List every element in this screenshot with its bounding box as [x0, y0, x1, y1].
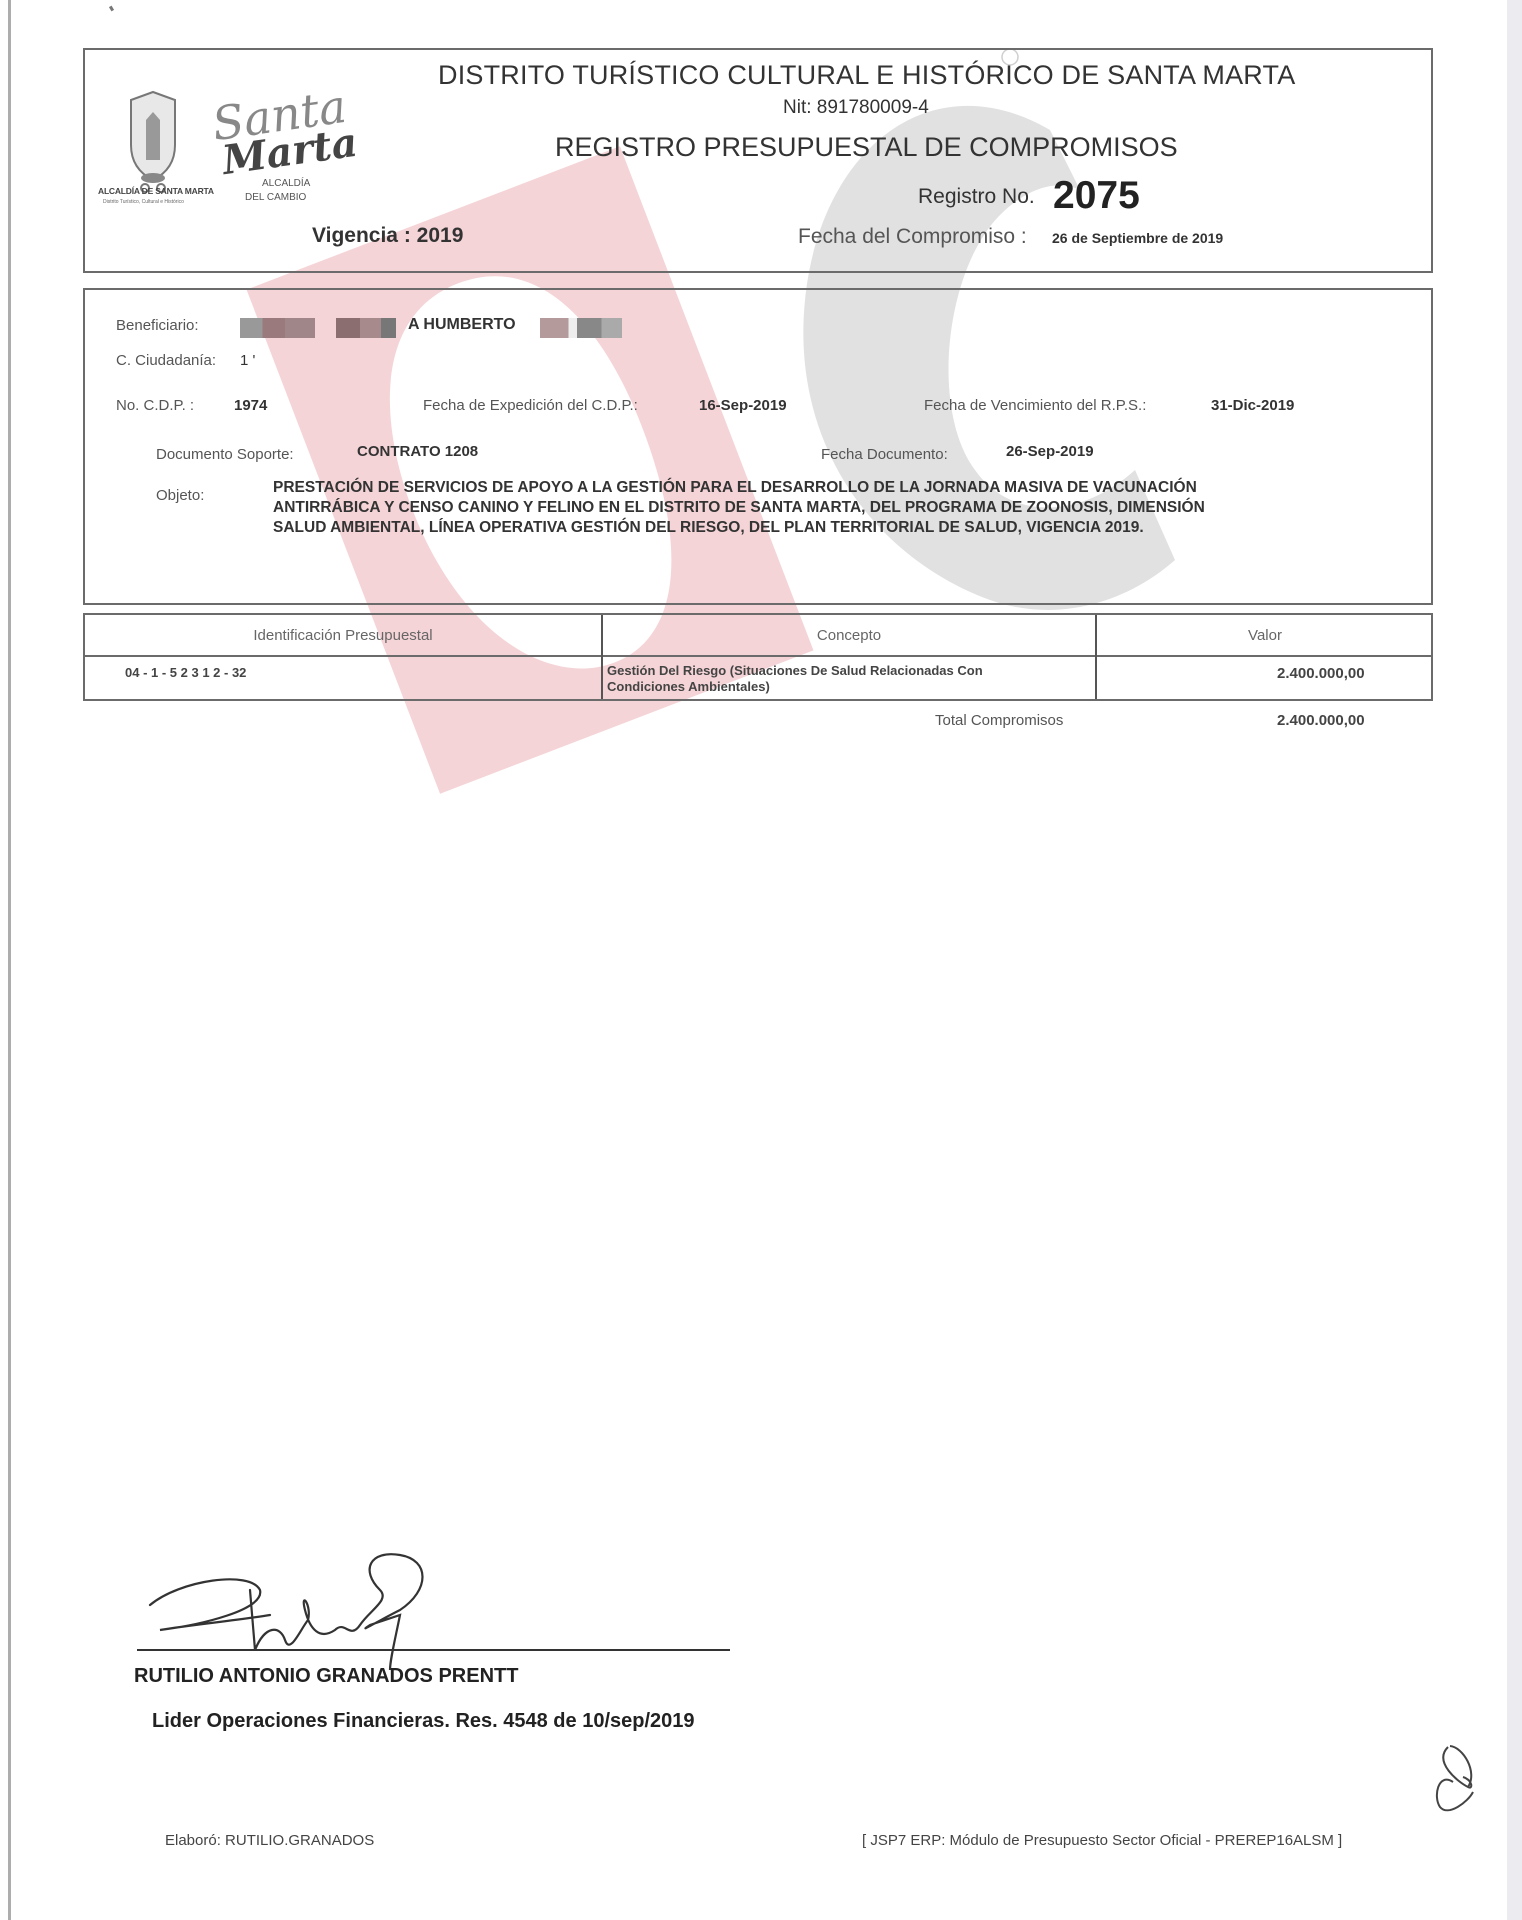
concepto-line: Condiciones Ambientales) — [607, 679, 983, 695]
fecha-compromiso-label: Fecha del Compromiso : — [798, 225, 1027, 249]
document-title: REGISTRO PRESUPUESTAL DE COMPROMISOS — [555, 132, 1178, 163]
row-concepto: Gestión Del Riesgo (Situaciones De Salud… — [607, 663, 983, 695]
brand-alcaldia: ALCALDÍA — [262, 178, 310, 189]
entity-nit: Nit: 891780009-4 — [783, 97, 929, 119]
header-concepto: Concepto — [603, 627, 1095, 644]
objeto-line: SALUD AMBIENTAL, LÍNEA OPERATIVA GESTIÓN… — [273, 518, 1383, 538]
fecha-expedicion-value: 16-Sep-2019 — [699, 397, 787, 414]
row-identificacion: 04 - 1 - 5 2 3 1 2 - 32 — [125, 665, 246, 680]
concepto-line: Gestión Del Riesgo (Situaciones De Salud… — [607, 663, 983, 679]
total-value: 2.400.000,00 — [1277, 712, 1365, 729]
budget-table: Identificación Presupuestal Concepto Val… — [83, 613, 1433, 701]
signer-name: RUTILIO ANTONIO GRANADOS PRENTT — [134, 1665, 518, 1688]
vigencia: Vigencia : 2019 — [312, 224, 463, 248]
initials-icon — [1428, 1742, 1488, 1822]
coat-caption: ALCALDÍA DE SANTA MARTA — [98, 186, 214, 196]
fecha-documento-value: 26-Sep-2019 — [1006, 443, 1094, 460]
header-valor: Valor — [1097, 627, 1433, 644]
header-identificacion: Identificación Presupuestal — [85, 627, 601, 644]
registro-label: Registro No. — [918, 185, 1035, 209]
documento-soporte-value: CONTRATO 1208 — [357, 443, 478, 460]
redaction-block — [336, 318, 396, 338]
redaction-block — [540, 318, 622, 338]
cedula-label: C. Ciudadanía: — [116, 352, 216, 369]
cdp-value: 1974 — [234, 397, 267, 414]
beneficiario-value: A HUMBERTO — [408, 316, 516, 334]
cedula-value: 1 ' — [240, 352, 255, 369]
coat-subcaption: Distrito Turístico, Cultural e Histórico — [103, 199, 184, 205]
fecha-vencimiento-label: Fecha de Vencimiento del R.P.S.: — [924, 397, 1146, 414]
entity-name: DISTRITO TURÍSTICO CULTURAL E HISTÓRICO … — [438, 60, 1295, 91]
fecha-expedicion-label: Fecha de Expedición del C.D.P.: — [423, 397, 638, 414]
fecha-compromiso-value: 26 de Septiembre de 2019 — [1052, 230, 1223, 246]
beneficiario-label: Beneficiario: — [116, 317, 199, 334]
objeto-line: PRESTACIÓN DE SERVICIOS DE APOYO A LA GE… — [273, 478, 1383, 498]
elaborado-por: Elaboró: RUTILIO.GRANADOS — [165, 1832, 374, 1849]
scan-speck — [109, 6, 114, 12]
fecha-vencimiento-value: 31-Dic-2019 — [1211, 397, 1294, 414]
registro-number: 2075 — [1053, 174, 1140, 218]
objeto-line: ANTIRRÁBICA Y CENSO CANINO Y FELINO EN E… — [273, 498, 1383, 518]
objeto-label: Objeto: — [156, 487, 204, 504]
documento-soporte-label: Documento Soporte: — [156, 446, 294, 463]
erp-system-label: [ JSP7 ERP: Módulo de Presupuesto Sector… — [862, 1832, 1342, 1849]
row-valor: 2.400.000,00 — [1277, 665, 1365, 682]
total-label: Total Compromisos — [935, 712, 1063, 729]
redaction-block — [240, 318, 315, 338]
brand-del-cambio: DEL CAMBIO — [245, 192, 306, 203]
signer-role: Lider Operaciones Financieras. Res. 4548… — [152, 1710, 695, 1733]
cdp-label: No. C.D.P. : — [116, 397, 194, 414]
objeto-text: PRESTACIÓN DE SERVICIOS DE APOYO A LA GE… — [273, 478, 1383, 538]
signature-line — [137, 1649, 730, 1651]
fecha-documento-label: Fecha Documento: — [821, 446, 948, 463]
page-margin-strip — [1507, 0, 1522, 1920]
page-edge-shadow — [8, 0, 11, 1920]
